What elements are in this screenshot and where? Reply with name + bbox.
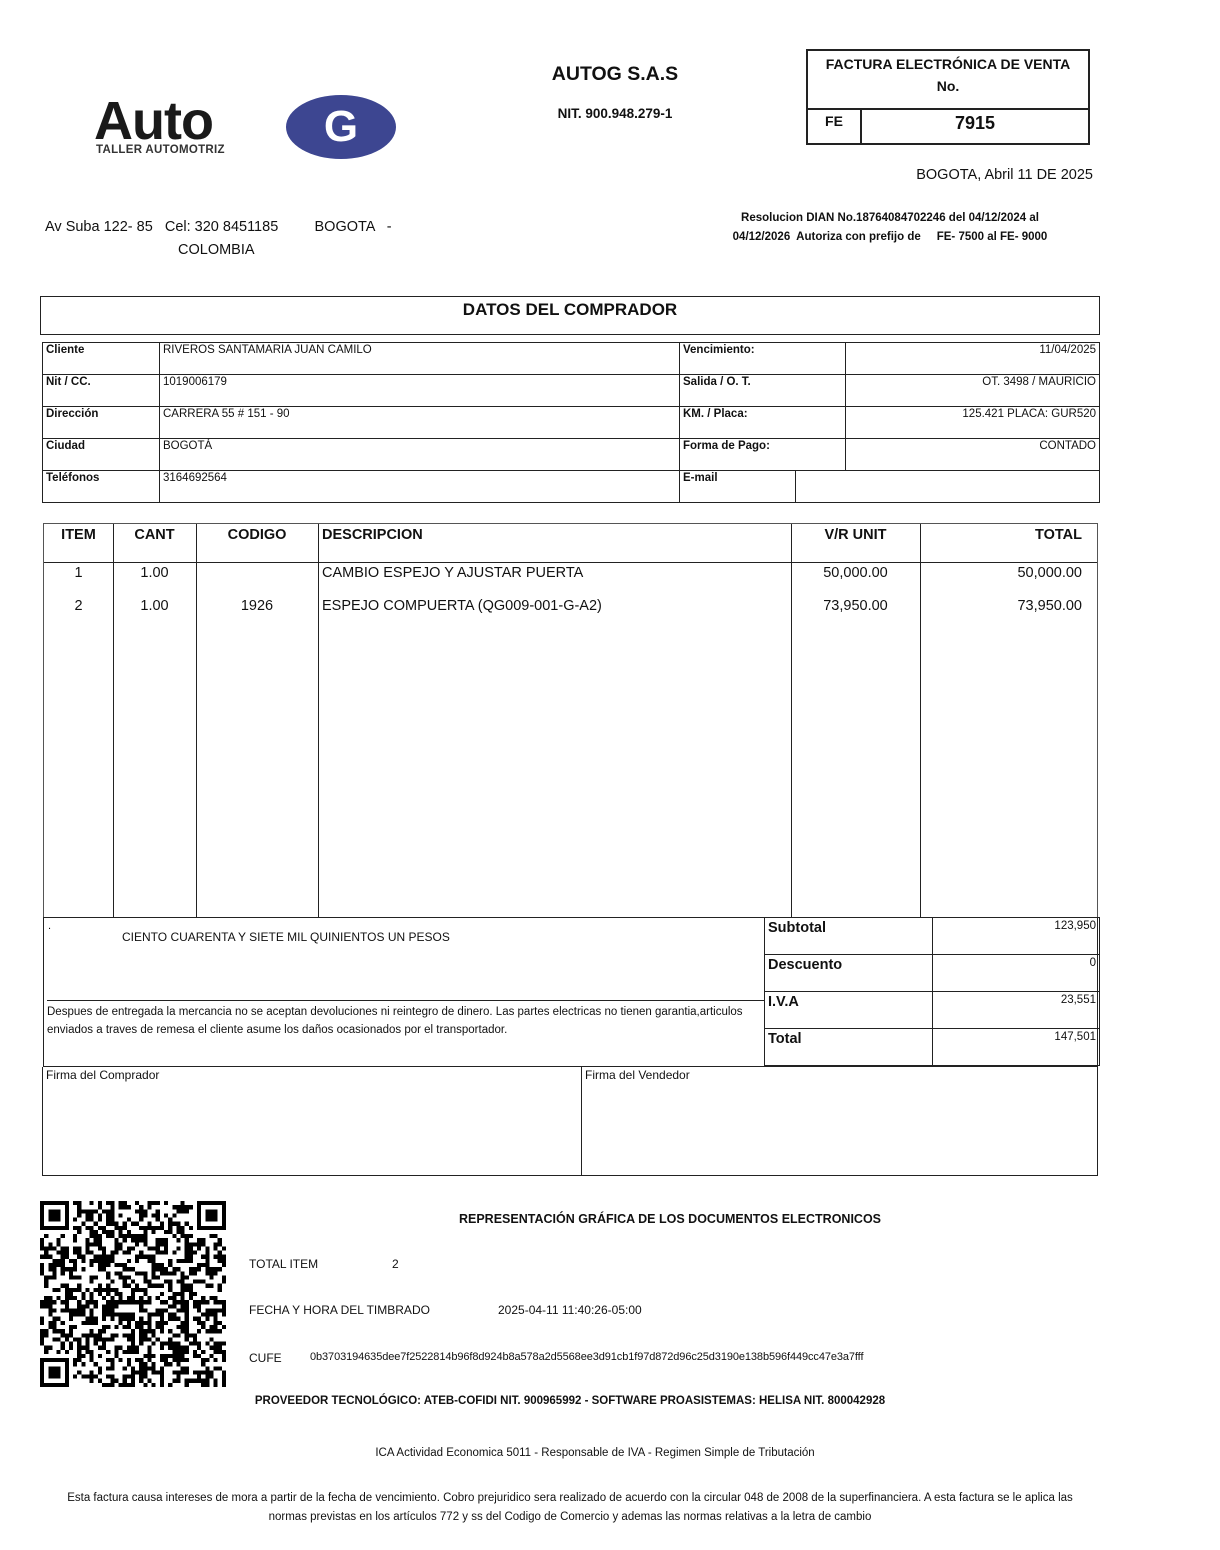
discount-value: 0 [933, 954, 1100, 991]
cufe-value: 0b3703194635dee7f2522814b96f8d924b8a578a… [310, 1351, 863, 1363]
column-divider [791, 524, 792, 917]
discount-label: Descuento [765, 954, 933, 991]
totals-table: Subtotal123,950 Descuento0 I.V.A23,551 T… [764, 917, 1100, 1066]
subtotal-value: 123,950 [933, 917, 1100, 954]
totals-row: Total147,501 [765, 1028, 1100, 1065]
logo-g-icon: G [286, 95, 396, 159]
payment-method: CONTADO [846, 439, 1100, 471]
column-divider [318, 524, 319, 917]
amount-in-words: CIENTO CUARENTA Y SIETE MIL QUINIENTOS U… [122, 930, 450, 944]
invoice-number: 7915 [862, 110, 1088, 148]
logo-wordmark: Auto [94, 94, 213, 148]
logo-subtitle: TALLER AUTOMOTRIZ [96, 144, 225, 156]
cell-cant: 1.00 [113, 565, 196, 581]
company-logo: Auto TALLER AUTOMOTRIZ G [92, 92, 402, 162]
field-label: KM. / Placa: [680, 407, 846, 439]
company-address: Av Suba 122- 85 Cel: 320 8451185 BOGOTA … [45, 219, 392, 235]
field-label: E-mail [680, 471, 796, 503]
cell-cant: 1.00 [113, 598, 196, 614]
signature-section: Firma del Comprador Firma del Vendedor [42, 1067, 1098, 1176]
iva-value: 23,551 [933, 991, 1100, 1028]
buyer-row: Teléfonos 3164692564 E-mail [43, 471, 1100, 503]
qr-code-icon [40, 1201, 226, 1387]
invoice-title: FACTURA ELECTRÓNICA DE VENTA No. [808, 51, 1088, 110]
client-name: RIVEROS SANTAMARIA JUAN CAMILO [160, 343, 680, 375]
field-label: Teléfonos [43, 471, 160, 503]
total-item-label: TOTAL ITEM [249, 1257, 318, 1271]
client-city: BOGOTÁ [160, 439, 680, 471]
header-cant: CANT [113, 527, 196, 543]
subtotal-label: Subtotal [765, 917, 933, 954]
total-value: 147,501 [933, 1028, 1100, 1065]
column-divider [920, 524, 921, 917]
tech-provider: PROVEEDOR TECNOLÓGICO: ATEB-COFIDI NIT. … [200, 1395, 940, 1407]
buyer-row: Dirección CARRERA 55 # 151 - 90 KM. / Pl… [43, 407, 1100, 439]
cufe-label: CUFE [249, 1351, 282, 1365]
client-email [796, 471, 1100, 503]
buyer-row: Ciudad BOGOTÁ Forma de Pago: CONTADO [43, 439, 1100, 471]
due-date: 11/04/2025 [846, 343, 1100, 375]
city-date: BOGOTA, Abril 11 DE 2025 [860, 167, 1093, 183]
header-item: ITEM [44, 527, 113, 543]
cell-total: 50,000.00 [920, 565, 1082, 581]
total-label: Total [765, 1028, 933, 1065]
header-divider [44, 562, 1097, 563]
totals-row: Descuento0 [765, 954, 1100, 991]
field-label: Vencimiento: [680, 343, 846, 375]
company-country: COLOMBIA [178, 242, 255, 258]
buyer-signature-field: Firma del Comprador [43, 1067, 582, 1175]
timbrado-value: 2025-04-11 11:40:26-05:00 [498, 1303, 642, 1317]
buyer-info-table: Cliente RIVEROS SANTAMARIA JUAN CAMILO V… [42, 342, 1100, 503]
company-nit: NIT. 900.948.279-1 [470, 106, 760, 121]
cell-total: 73,950.00 [920, 598, 1082, 614]
timbrado-label: FECHA Y HORA DEL TIMBRADO [249, 1303, 430, 1317]
work-order: OT. 3498 / MAURICIO [846, 375, 1100, 407]
cell-descripcion: CAMBIO ESPEJO Y AJUSTAR PUERTA [322, 565, 583, 581]
header-vr-unit: V/R UNIT [791, 527, 920, 543]
client-id: 1019006179 [160, 375, 680, 407]
iva-label: I.V.A [765, 991, 933, 1028]
field-label: Cliente [43, 343, 160, 375]
cell-codigo: 1926 [196, 598, 318, 614]
header-descripcion: DESCRIPCION [322, 527, 423, 543]
buyer-section-title: DATOS DEL COMPRADOR [40, 296, 1100, 335]
electronic-representation-title: REPRESENTACIÓN GRÁFICA DE LOS DOCUMENTOS… [420, 1212, 920, 1226]
totals-row: I.V.A23,551 [765, 991, 1100, 1028]
field-label: Dirección [43, 407, 160, 439]
client-address: CARRERA 55 # 151 - 90 [160, 407, 680, 439]
total-item-value: 2 [392, 1257, 399, 1271]
cell-item: 2 [44, 598, 113, 614]
column-divider [196, 524, 197, 917]
items-table: ITEM CANT CODIGO DESCRIPCION V/R UNIT TO… [43, 523, 1098, 918]
invoice-number-box: FACTURA ELECTRÓNICA DE VENTA No. FE 7915 [806, 49, 1090, 145]
field-label: Salida / O. T. [680, 375, 846, 407]
header-codigo: CODIGO [196, 527, 318, 543]
header-total: TOTAL [920, 527, 1082, 543]
cell-descripcion: ESPEJO COMPUERTA (QG009-001-G-A2) [322, 598, 602, 614]
invoice-prefix: FE [808, 110, 862, 145]
buyer-row: Nit / CC. 1019006179 Salida / O. T. OT. … [43, 375, 1100, 407]
seller-signature-field: Firma del Vendedor [582, 1067, 1097, 1177]
dian-resolution: Resolucion DIAN No.18764084702246 del 04… [700, 209, 1080, 247]
company-name: AUTOG S.A.S [470, 63, 760, 86]
column-divider [113, 524, 114, 917]
client-phone: 3164692564 [160, 471, 680, 503]
field-label: Nit / CC. [43, 375, 160, 407]
buyer-row: Cliente RIVEROS SANTAMARIA JUAN CAMILO V… [43, 343, 1100, 375]
cell-vr-unit: 50,000.00 [791, 565, 920, 581]
legal-notice: Esta factura causa intereses de mora a p… [50, 1489, 1090, 1527]
return-policy-terms: Despues de entregada la mercancia no se … [47, 1000, 765, 1039]
field-label: Ciudad [43, 439, 160, 471]
km-plate: 125.421 PLACA: GUR520 [846, 407, 1100, 439]
cell-vr-unit: 73,950.00 [791, 598, 920, 614]
cell-item: 1 [44, 565, 113, 581]
totals-row: Subtotal123,950 [765, 917, 1100, 954]
field-label: Forma de Pago: [680, 439, 846, 471]
summary-section: . CIENTO CUARENTA Y SIETE MIL QUINIENTOS… [43, 917, 1098, 1067]
tax-regime-note: ICA Actividad Economica 5011 - Responsab… [200, 1447, 990, 1459]
